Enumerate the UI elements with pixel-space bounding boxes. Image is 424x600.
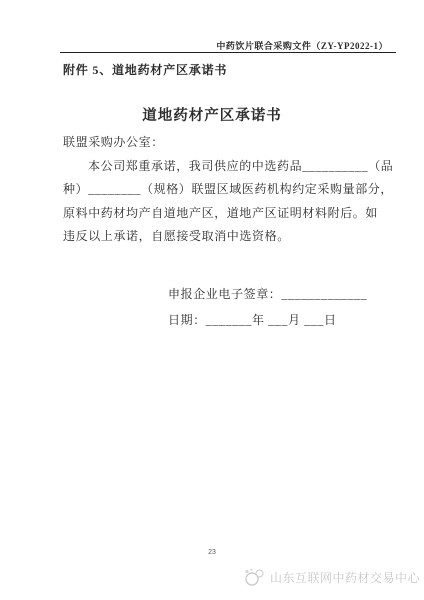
header-rule (60, 52, 396, 53)
signature-date-line: 日期：_______年 ___月 ___日 (168, 307, 367, 333)
signature-block: 申报企业电子签章：_____________ 日期：_______年 ___月 … (168, 281, 367, 333)
letter-body: 联盟采购办公室： 本公司郑重承诺，我司供应的中选药品__________（品 种… (63, 131, 369, 249)
document-page: 中药饮片联合采购文件（ZY-YP2022-1） 附件 5、道地药材产区承诺书 道… (0, 0, 424, 600)
letter-title: 道地药材产区承诺书 (0, 104, 424, 125)
watermark-logo-icon (243, 567, 267, 587)
body-line: 种）________（规格）联盟区域医药机构约定采购量部分， (63, 178, 369, 202)
header-doc-reference: 中药饮片联合采购文件（ZY-YP2022-1） (216, 39, 388, 52)
signature-seal-line: 申报企业电子签章：_____________ (168, 281, 367, 307)
salutation-line: 联盟采购办公室： (63, 131, 369, 155)
page-number: 23 (0, 549, 424, 556)
body-line: 本公司郑重承诺，我司供应的中选药品__________（品 (63, 155, 369, 179)
watermark: 山东互联网中药材交易中心 (243, 567, 420, 587)
body-line: 原料中药材均产自道地产区，道地产区证明材料附后。如 (63, 202, 369, 226)
watermark-text: 山东互联网中药材交易中心 (270, 569, 420, 586)
body-line: 违反以上承诺，自愿接受取消中选资格。 (63, 225, 369, 249)
attachment-heading: 附件 5、道地药材产区承诺书 (63, 61, 227, 78)
